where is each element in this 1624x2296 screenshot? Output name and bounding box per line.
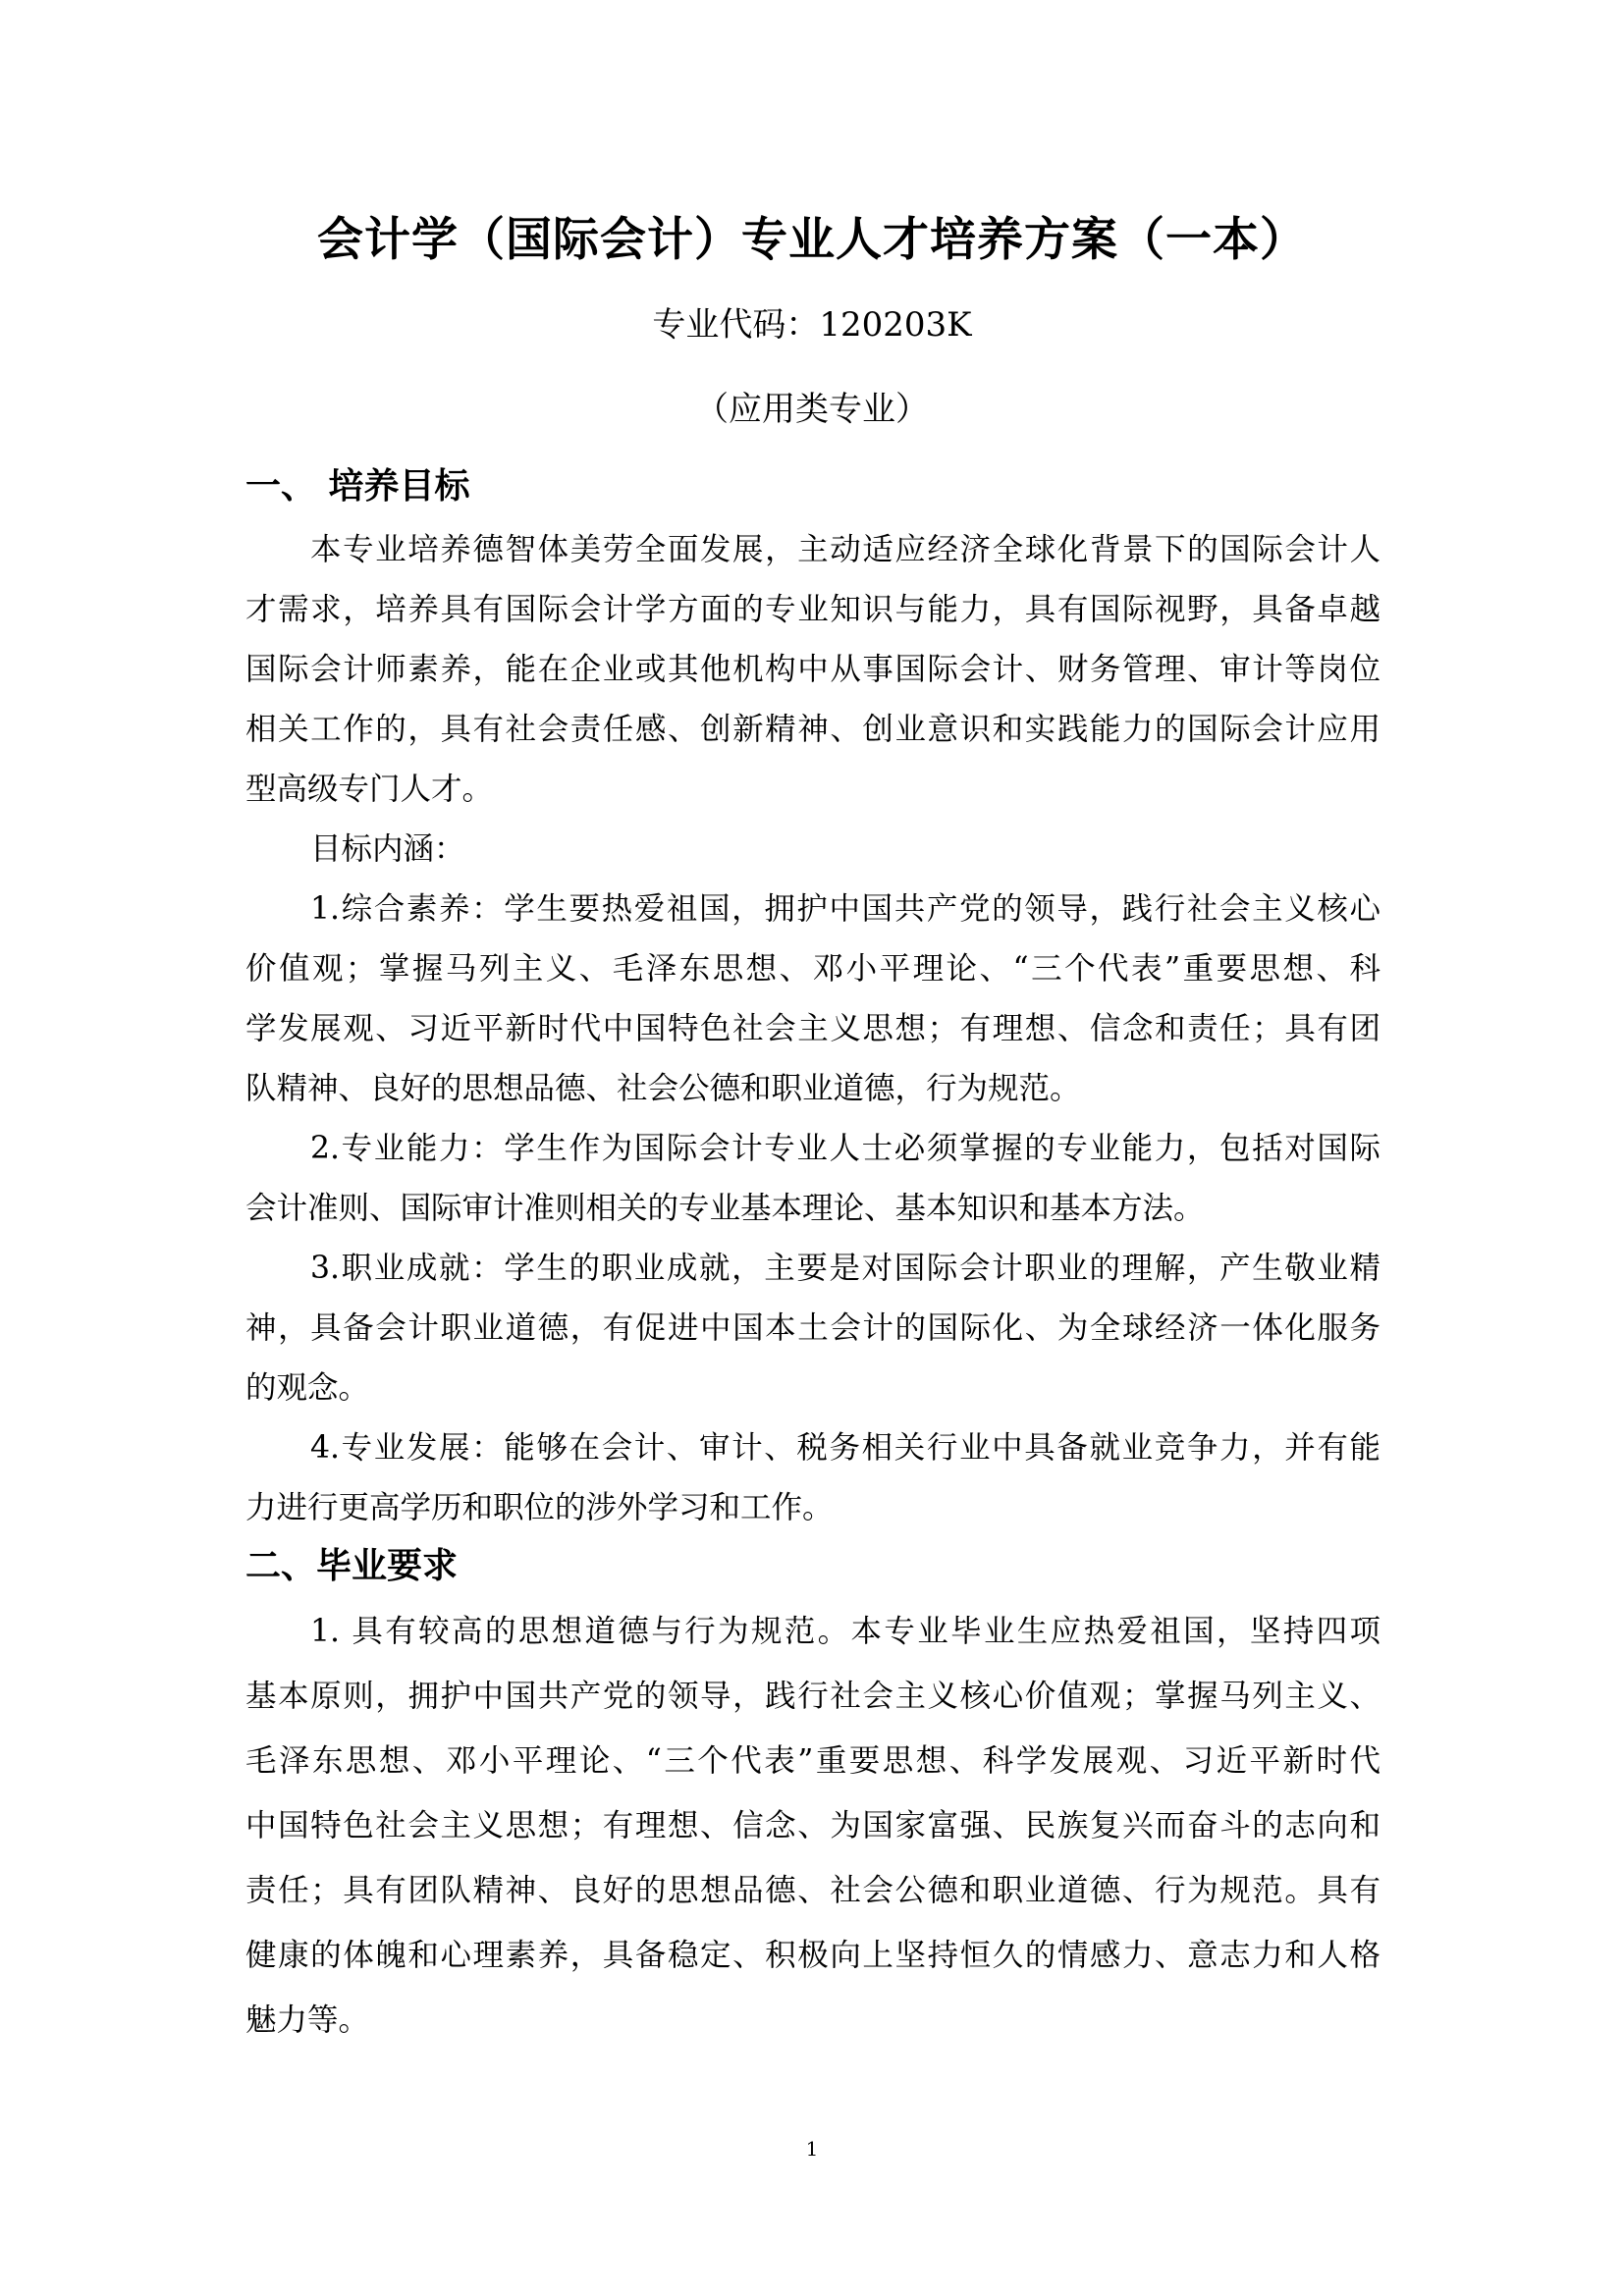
paragraph-line: 基本原则，拥护中国共产党的领导，践行社会主义核心价值观；掌握马列主义、 [245, 1675, 1380, 1718]
document-page: 会计学（国际会计）专业人才培养方案（一本） 专业代码：120203K （应用类专… [0, 0, 1624, 2296]
paragraph-line: 会计准则、国际审计准则相关的专业基本理论、基本知识和基本方法。 [245, 1187, 1380, 1230]
paragraph-line: 1.综合素养：学生要热爱祖国，拥护中国共产党的领导，践行社会主义核心 [310, 887, 1380, 931]
paragraph-line: 相关工作的，具有社会责任感、创新精神、创业意识和实践能力的国际会计应用 [245, 708, 1380, 751]
major-code: 专业代码：120203K [0, 302, 1624, 347]
paragraph-line: 神，具备会计职业道德，有促进中国本土会计的国际化、为全球经济一体化服务 [245, 1307, 1380, 1350]
document-title: 会计学（国际会计）专业人才培养方案（一本） [0, 208, 1624, 273]
paragraph-line: 才需求，培养具有国际会计学方面的专业知识与能力，具有国际视野，具备卓越 [245, 588, 1380, 631]
paragraph-line: 魅力等。 [245, 1999, 1380, 2042]
paragraph-line: 本专业培养德智体美劳全面发展，主动适应经济全球化背景下的国际会计人 [310, 528, 1380, 571]
paragraph-line: 学发展观、习近平新时代中国特色社会主义思想；有理想、信念和责任；具有团 [245, 1007, 1380, 1050]
paragraph-line: 健康的体魄和心理素养，具备稳定、积极向上坚持恒久的情感力、意志力和人格 [245, 1934, 1380, 1977]
paragraph-line: 1. 具有较高的思想道德与行为规范。本专业毕业生应热爱祖国，坚持四项 [310, 1610, 1380, 1653]
paragraph-line: 力进行更高学历和职位的涉外学习和工作。 [245, 1486, 1380, 1529]
paragraph-line: 国际会计师素养，能在企业或其他机构中从事国际会计、财务管理、审计等岗位 [245, 648, 1380, 691]
paragraph-line: 2.专业能力：学生作为国际会计专业人士必须掌握的专业能力，包括对国际 [310, 1127, 1380, 1170]
paragraph-line: 毛泽东思想、邓小平理论、“三个代表”重要思想、科学发展观、习近平新时代 [245, 1739, 1380, 1783]
paragraph-line: 队精神、良好的思想品德、社会公德和职业道德，行为规范。 [245, 1067, 1380, 1110]
paragraph-line: 价值观；掌握马列主义、毛泽东思想、邓小平理论、“三个代表”重要思想、科 [245, 947, 1380, 990]
section-heading-graduation-requirements: 二、毕业要求 [245, 1543, 458, 1590]
paragraph-line: 中国特色社会主义思想；有理想、信念、为国家富强、民族复兴而奋斗的志向和 [245, 1804, 1380, 1847]
paragraph-line: 3.职业成就：学生的职业成就，主要是对国际会计职业的理解，产生敬业精 [310, 1247, 1380, 1290]
section-heading-training-objectives: 一、 培养目标 [245, 463, 470, 510]
paragraph-line: 4.专业发展：能够在会计、审计、税务相关行业中具备就业竞争力，并有能 [310, 1426, 1380, 1469]
paragraph-line: 的观念。 [245, 1366, 1380, 1410]
paragraph-line: 型高级专门人才。 [245, 768, 1380, 811]
paragraph-line: 目标内涵： [310, 828, 1380, 871]
page-number: 1 [0, 2136, 1624, 2162]
paragraph-line: 责任；具有团队精神、良好的思想品德、社会公德和职业道德、行为规范。具有 [245, 1869, 1380, 1912]
major-type: （应用类专业） [0, 387, 1624, 432]
